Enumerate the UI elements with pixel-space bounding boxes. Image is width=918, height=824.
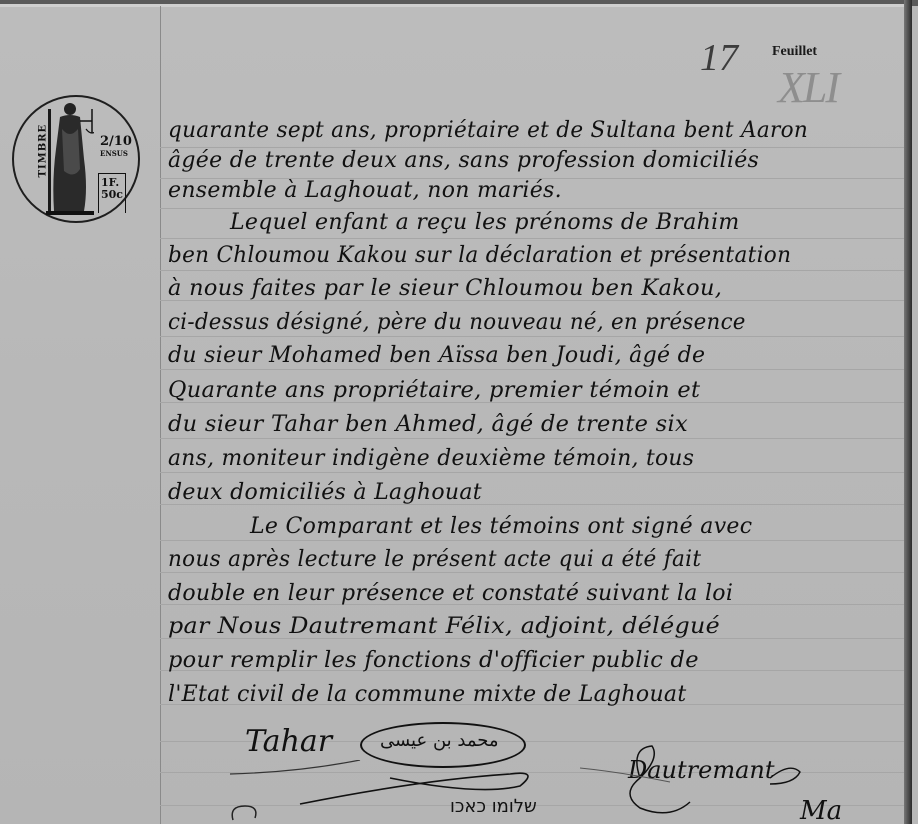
text-line: Quarante ans propriétaire, premier témoi…: [168, 378, 700, 403]
ruled-line: [160, 472, 912, 473]
ruled-line: [160, 369, 912, 370]
text-line: du sieur Tahar ben Ahmed, âgé de trente …: [168, 412, 688, 437]
signature-initial-icon: [225, 800, 275, 824]
stamp-price-centimes: 50c: [101, 189, 123, 201]
folio-number: 17: [700, 36, 738, 80]
stamp-price-suffix: ENSUS: [100, 149, 128, 158]
ruled-line: [160, 270, 912, 271]
text-line: ensemble à Laghouat, non mariés.: [168, 178, 562, 203]
text-line: quarante sept ans, propriétaire et de Su…: [168, 118, 808, 143]
signature-arabic: محمد بن عيسى: [380, 730, 499, 751]
text-line: âgée de trente deux ans, sans profession…: [168, 148, 759, 173]
text-line: ans, moniteur indigène deuxième témoin, …: [168, 446, 694, 471]
stamp-price-top: 2/10: [100, 135, 132, 148]
document-page: TIMBRE 2/10 ENSUS 1F. 50c 17 Feuillet XL…: [0, 0, 912, 824]
text-line: par Nous Dautremant Félix, adjoint, délé…: [168, 614, 720, 639]
ruled-line: [160, 208, 912, 209]
text-line: ci-dessus désigné, père du nouveau né, e…: [168, 310, 746, 335]
text-line: double en leur présence et constaté suiv…: [168, 581, 733, 606]
ruled-line: [160, 540, 912, 541]
timbre-stamp: TIMBRE 2/10 ENSUS 1F. 50c: [12, 95, 140, 223]
stamp-price-bottom: 1F. 50c: [101, 177, 123, 200]
ruled-line: [160, 572, 912, 573]
text-line: nous après lecture le présent acte qui a…: [168, 547, 701, 572]
text-line: deux domiciliés à Laghouat: [168, 480, 482, 505]
text-line: du sieur Mohamed ben Aïssa ben Joudi, âg…: [168, 343, 705, 368]
text-line: à nous faites par le sieur Chloumou ben …: [168, 276, 722, 301]
signature-tahar: Tahar: [245, 724, 332, 759]
ruled-line: [160, 438, 912, 439]
signature-fragment: Ma: [800, 796, 842, 824]
stamp-price-francs: 1F.: [101, 177, 123, 189]
folio-roman-numeral: XLI: [778, 62, 838, 113]
signature-hebrew: שלומו כאכו: [450, 796, 537, 817]
page-top-edge-highlight: [0, 4, 910, 7]
justice-figure-icon: [44, 99, 94, 217]
margin-rule: [160, 6, 161, 824]
feuillet-label: Feuillet: [772, 44, 817, 60]
text-line: l'Etat civil de la commune mixte de Lagh…: [168, 682, 686, 707]
text-line: Lequel enfant a reçu les prénoms de Brah…: [230, 210, 740, 235]
text-line: Le Comparant et les témoins ont signé av…: [250, 514, 752, 539]
text-line: ben Chloumou Kakou sur la déclaration et…: [168, 243, 791, 268]
text-line: pour remplir les fonctions d'officier pu…: [168, 648, 699, 673]
page-binding-edge: [904, 0, 912, 824]
ruled-line: [160, 336, 912, 337]
ruled-line: [160, 238, 912, 239]
